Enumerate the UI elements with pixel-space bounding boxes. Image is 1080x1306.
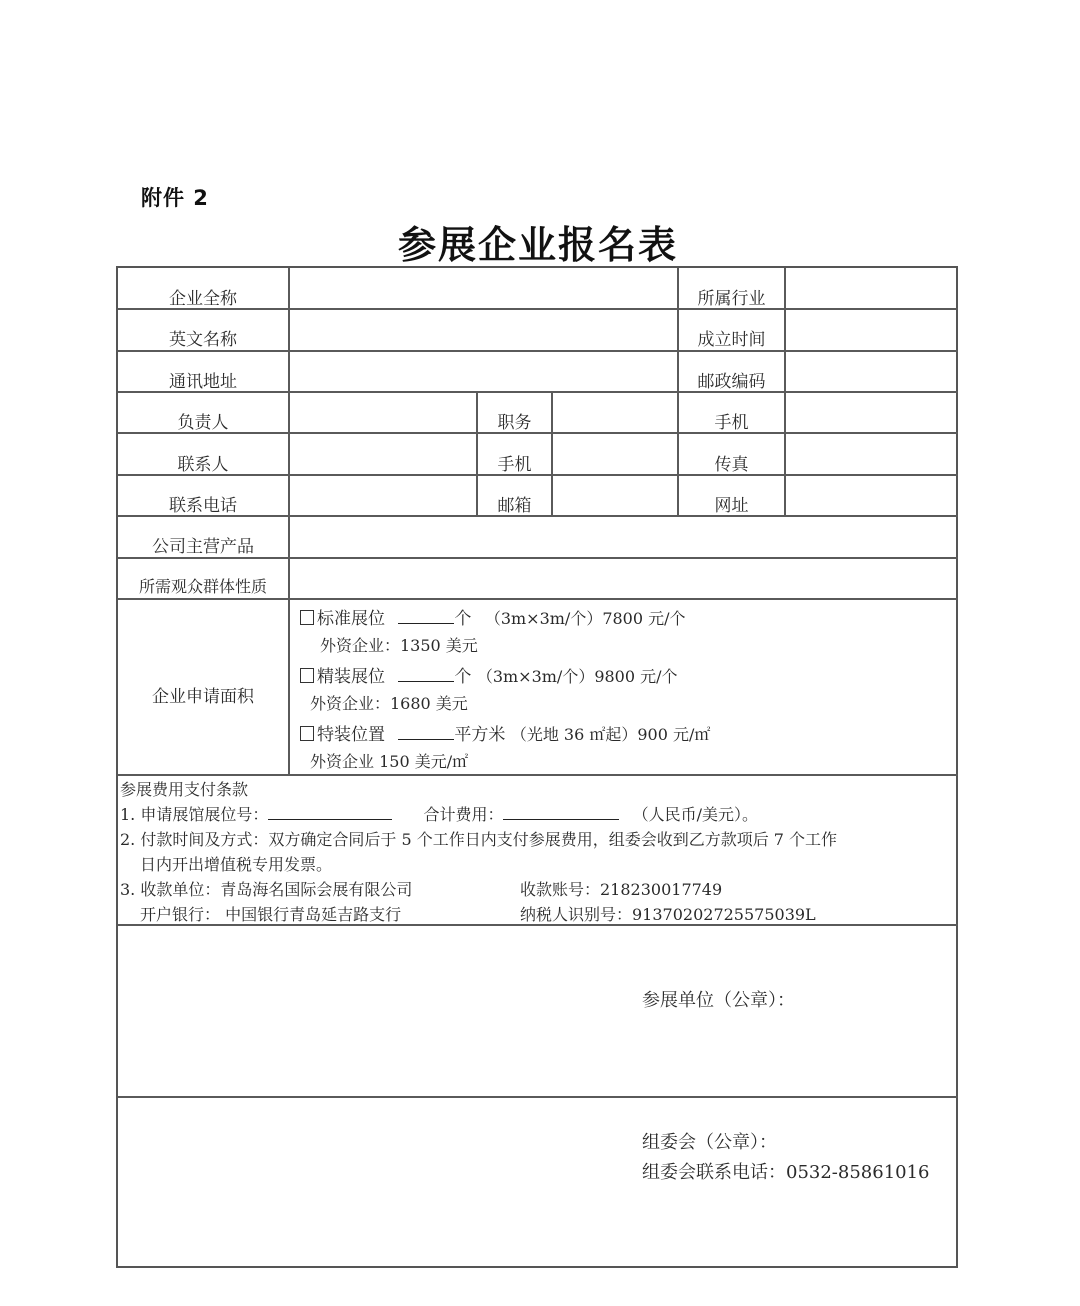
label-principal-mobile: 手机 bbox=[679, 408, 784, 433]
option-name: 特装位置 bbox=[317, 725, 385, 745]
label-english-name: 英文名称 bbox=[118, 325, 288, 350]
label-principal: 负责人 bbox=[118, 408, 288, 433]
english-name-field[interactable] bbox=[290, 310, 676, 350]
label-audience: 所需观众群体性质 bbox=[118, 574, 288, 597]
exhibitor-seal-area[interactable] bbox=[118, 926, 958, 1096]
address-field[interactable] bbox=[290, 352, 676, 391]
row-divider bbox=[118, 774, 958, 776]
booth-number-label: 1. 申请展馆展位号： bbox=[120, 805, 268, 824]
standard-booth-qty-blank[interactable] bbox=[398, 609, 454, 624]
option-unit: 个 bbox=[454, 609, 471, 629]
label-postcode: 邮政编码 bbox=[679, 367, 784, 392]
email-field[interactable] bbox=[553, 476, 676, 515]
payment-heading: 参展费用支付条款 bbox=[120, 777, 248, 800]
label-contact-phone: 联系电话 bbox=[118, 491, 288, 516]
exhibitor-seal-label: 参展单位（公章）： bbox=[642, 986, 795, 1012]
label-main-products: 公司主营产品 bbox=[118, 532, 288, 557]
option-name: 标准展位 bbox=[317, 609, 385, 629]
special-booth-area-blank[interactable] bbox=[398, 725, 454, 740]
label-address: 通讯地址 bbox=[118, 367, 288, 392]
form-title: 参展企业报名表 bbox=[398, 214, 678, 269]
audience-field[interactable] bbox=[290, 559, 958, 598]
committee-phone: 组委会联系电话：0532-85861016 bbox=[642, 1158, 930, 1184]
registration-form-table: 企业全称 所属行业 英文名称 成立时间 通讯地址 邮政编码 负责人 职务 手机 … bbox=[116, 266, 958, 1268]
committee-seal-label: 组委会（公章）： bbox=[642, 1128, 777, 1154]
label-email: 邮箱 bbox=[478, 491, 551, 516]
premium-foreign-price: 外资企业：1680 美元 bbox=[310, 691, 468, 714]
label-contact-mobile: 手机 bbox=[478, 450, 551, 475]
total-fee-label: 合计费用： bbox=[423, 805, 503, 824]
total-fee-blank[interactable] bbox=[503, 805, 619, 820]
option-unit: 平方米 bbox=[454, 725, 505, 745]
payment-item-2-line1: 2. 付款时间及方式：双方确定合同后于 5 个工作日内支付参展费用，组委会收到乙… bbox=[120, 827, 837, 850]
payment-item-1: 1. 申请展馆展位号： 合计费用： （人民币/美元）。 bbox=[120, 802, 758, 825]
label-fax: 传真 bbox=[679, 450, 784, 475]
option-unit: 个 bbox=[454, 667, 471, 687]
payee: 3. 收款单位：青岛海名国际会展有限公司 bbox=[120, 877, 412, 900]
special-foreign-price: 外资企业 150 美元/㎡ bbox=[310, 749, 468, 772]
founded-field[interactable] bbox=[786, 310, 958, 350]
currency-note: （人民币/美元）。 bbox=[633, 805, 758, 824]
label-principal-title: 职务 bbox=[478, 408, 551, 433]
payment-item-2-line2: 日内开出增值税专用发票。 bbox=[140, 852, 332, 875]
booth-option-special: 特装位置 平方米 （光地 36 ㎡起）900 元/㎡ bbox=[300, 720, 710, 745]
label-company-name: 企业全称 bbox=[118, 284, 288, 309]
website-field[interactable] bbox=[786, 476, 958, 515]
postcode-field[interactable] bbox=[786, 352, 958, 391]
option-name: 精装展位 bbox=[317, 667, 385, 687]
option-spec: （3m×3m/个）9800 元/个 bbox=[477, 667, 678, 686]
account-number: 收款账号：218230017749 bbox=[520, 877, 722, 900]
principal-mobile-field[interactable] bbox=[786, 393, 958, 432]
booth-option-premium: 精装展位 个 （3m×3m/个）9800 元/个 bbox=[300, 662, 678, 687]
principal-field[interactable] bbox=[290, 393, 475, 432]
option-spec: （光地 36 ㎡起）900 元/㎡ bbox=[511, 725, 711, 744]
attachment-label: 附件 2 bbox=[141, 182, 209, 212]
fax-field[interactable] bbox=[786, 434, 958, 474]
label-website: 网址 bbox=[679, 491, 784, 516]
label-industry: 所属行业 bbox=[679, 284, 784, 309]
industry-field[interactable] bbox=[786, 268, 958, 308]
standard-foreign-price: 外资企业：1350 美元 bbox=[320, 633, 478, 656]
special-booth-checkbox[interactable] bbox=[300, 726, 314, 741]
bank: 开户银行： 中国银行青岛延吉路支行 bbox=[140, 902, 401, 925]
label-contact: 联系人 bbox=[118, 450, 288, 475]
contact-mobile-field[interactable] bbox=[553, 434, 676, 474]
contact-field[interactable] bbox=[290, 434, 475, 474]
label-founded: 成立时间 bbox=[679, 325, 784, 350]
booth-number-blank[interactable] bbox=[268, 805, 392, 820]
standard-booth-checkbox[interactable] bbox=[300, 610, 314, 625]
label-booth-area: 企业申请面积 bbox=[118, 682, 288, 707]
premium-booth-checkbox[interactable] bbox=[300, 668, 314, 683]
principal-title-field[interactable] bbox=[553, 393, 676, 432]
company-name-field[interactable] bbox=[290, 268, 676, 308]
premium-booth-qty-blank[interactable] bbox=[398, 667, 454, 682]
option-spec: （3m×3m/个）7800 元/个 bbox=[485, 609, 686, 628]
row-divider bbox=[118, 598, 958, 600]
booth-option-standard: 标准展位 个 （3m×3m/个）7800 元/个 bbox=[300, 604, 686, 629]
main-products-field[interactable] bbox=[290, 517, 958, 557]
tax-id: 纳税人识别号：91370202725575039L bbox=[520, 902, 816, 925]
contact-phone-field[interactable] bbox=[290, 476, 475, 515]
